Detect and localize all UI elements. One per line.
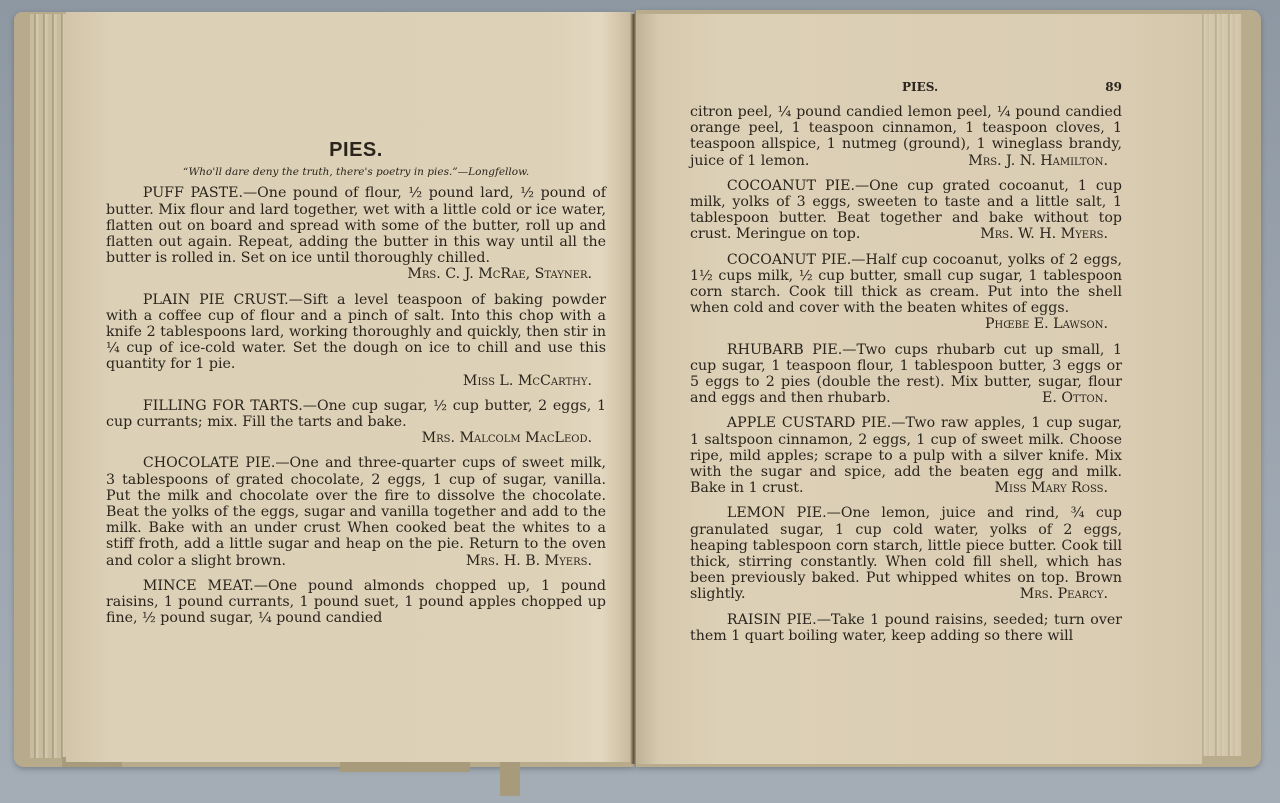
right-page: PIES. 89 citron peel, ¼ pound candied le… xyxy=(636,14,1202,764)
recipe-credit: Mrs. C. J. McRae, Stayner. xyxy=(106,266,606,282)
left-page: PIES. “Who'll dare deny the truth, there… xyxy=(66,12,630,762)
recipe-rhubarb-pie: RHUBARB PIE.—Two cups rhubarb cut up sma… xyxy=(690,342,1122,407)
page-edges-right xyxy=(1196,14,1242,756)
page-title: PIES. xyxy=(106,142,606,158)
recipe-puff-paste: PUFF PASTE.—One pound of flour, ½ pound … xyxy=(106,185,606,282)
recipe-name: RHUBARB PIE. xyxy=(727,342,842,358)
torn-paper-scrap xyxy=(500,762,520,796)
recipe-lemon-pie: LEMON PIE.—One lemon, juice and rind, ¾ … xyxy=(690,505,1122,602)
recipe-cocoanut-pie-1: COCOANUT PIE.—One cup grated cocoanut, 1… xyxy=(690,178,1122,243)
recipe-chocolate-pie: CHOCOLATE PIE.—One and three-quarter cup… xyxy=(106,455,606,568)
recipe-continuation: citron peel, ¼ pound candied lemon peel,… xyxy=(690,104,1122,169)
recipe-credit: Mrs. Malcolm MacLeod. xyxy=(106,430,606,446)
recipe-filling-for-tarts: FILLING FOR TARTS.—One cup sugar, ½ cup … xyxy=(106,398,606,447)
recipe-mince-meat: MINCE MEAT.—One pound almonds chopped up… xyxy=(106,578,606,627)
recipe-name: PLAIN PIE CRUST. xyxy=(143,292,289,308)
recipe-credit: Miss Mary Ross. xyxy=(958,480,1122,496)
recipe-name: LEMON PIE. xyxy=(727,505,827,521)
recipe-name: MINCE MEAT. xyxy=(143,578,254,594)
recipe-name: COCOANUT PIE. xyxy=(727,178,855,194)
recipe-cocoanut-pie-2: COCOANUT PIE.—Half cup cocoanut, yolks o… xyxy=(690,252,1122,333)
recipe-apple-custard-pie: APPLE CUSTARD PIE.—Two raw apples, 1 cup… xyxy=(690,415,1122,496)
recipe-credit: Phœbe E. Lawson. xyxy=(690,316,1122,332)
open-book: PIES. “Who'll dare deny the truth, there… xyxy=(0,0,1280,803)
recipe-name: APPLE CUSTARD PIE. xyxy=(727,415,891,431)
recipe-credit: Mrs. W. H. Myers. xyxy=(943,226,1122,242)
recipe-credit: Miss L. McCarthy. xyxy=(106,373,606,389)
page-number: 89 xyxy=(1105,80,1122,94)
recipe-name: PUFF PASTE. xyxy=(143,185,243,201)
recipe-name: CHOCOLATE PIE. xyxy=(143,455,275,471)
recipe-credit: Mrs. H. B. Myers. xyxy=(429,553,606,569)
recipe-name: RAISIN PIE. xyxy=(727,612,817,628)
right-page-text: citron peel, ¼ pound candied lemon peel,… xyxy=(690,104,1122,653)
running-head-title: PIES. xyxy=(902,80,938,94)
recipe-raisin-pie: RAISIN PIE.—Take 1 pound raisins, seeded… xyxy=(690,612,1122,644)
recipe-credit: Mrs. Pearcy. xyxy=(983,586,1122,602)
recipe-credit: Mrs. J. N. Hamilton. xyxy=(968,153,1122,169)
recipe-name: FILLING FOR TARTS. xyxy=(143,398,303,414)
epigraph: “Who'll dare deny the truth, there's poe… xyxy=(106,164,606,180)
left-page-text: PIES. “Who'll dare deny the truth, there… xyxy=(106,142,606,635)
recipe-body: —One and three-quarter cups of sweet mil… xyxy=(106,455,606,568)
recipe-plain-pie-crust: PLAIN PIE CRUST.—Sift a level teaspoon o… xyxy=(106,292,606,389)
recipe-name: COCOANUT PIE. xyxy=(727,252,851,268)
recipe-credit: E. Otton. xyxy=(1005,390,1122,406)
